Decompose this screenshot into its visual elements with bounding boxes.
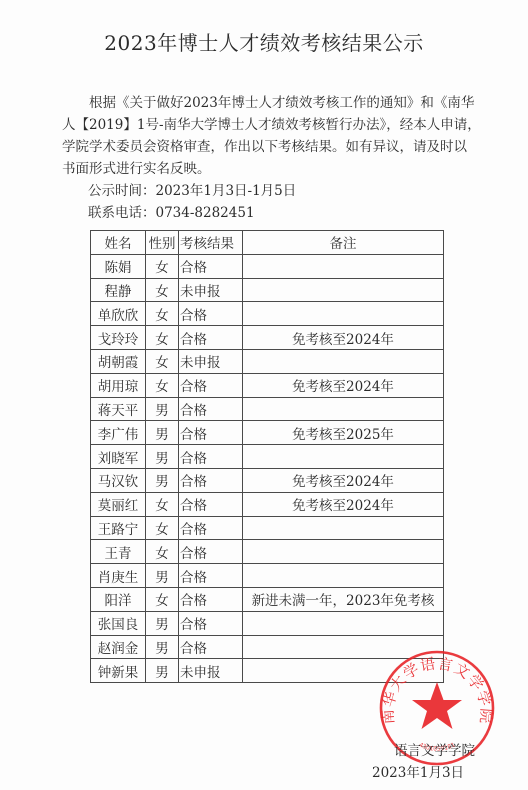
cell-note: 免考核至2024年	[243, 492, 444, 516]
cell-result: 合格	[179, 373, 243, 397]
cell-result: 合格	[179, 516, 243, 540]
cell-name: 王青	[91, 540, 146, 564]
cell-result: 合格	[179, 445, 243, 469]
cell-note	[243, 302, 444, 326]
cell-result: 未申报	[179, 278, 243, 302]
cell-sex: 女	[146, 302, 179, 326]
cell-note	[243, 516, 444, 540]
cell-sex: 女	[146, 516, 179, 540]
intro-line-4: 书面形式进行实名反映。	[62, 157, 211, 177]
cell-note: 免考核至2024年	[243, 468, 444, 492]
table-row: 胡用琼女合格免考核至2024年	[91, 373, 444, 397]
cell-note: 免考核至2024年	[243, 373, 444, 397]
cell-name: 钟新果	[91, 659, 146, 683]
cell-result: 合格	[179, 492, 243, 516]
cell-sex: 男	[146, 635, 179, 659]
table-row: 蒋天平男合格	[91, 397, 444, 421]
table-header-row: 姓名 性别 考核结果 备注	[91, 231, 444, 255]
cell-result: 合格	[179, 611, 243, 635]
cell-name: 王路宁	[91, 516, 146, 540]
cell-note	[243, 349, 444, 373]
cell-result: 合格	[179, 397, 243, 421]
table-row: 肖庚生男合格	[91, 564, 444, 588]
cell-note: 新进未满一年，2023年免考核	[243, 587, 444, 611]
signing-date: 2023年1月3日	[372, 761, 464, 781]
table-row: 刘晓军男合格	[91, 445, 444, 469]
cell-result: 合格	[179, 635, 243, 659]
cell-result: 合格	[179, 421, 243, 445]
table-row: 胡朝霞女未申报	[91, 349, 444, 373]
cell-result: 合格	[179, 587, 243, 611]
table-row: 李广伟男合格免考核至2025年	[91, 421, 444, 445]
cell-name: 马汉钦	[91, 468, 146, 492]
intro-line-3: 学院学术委员会资格审查，作出以下考核结果。如有异议，请及时以	[62, 135, 467, 155]
header-name: 姓名	[91, 231, 146, 255]
table-row: 陈娟女合格	[91, 254, 444, 278]
cell-note	[243, 564, 444, 588]
cell-sex: 男	[146, 397, 179, 421]
cell-sex: 女	[146, 254, 179, 278]
cell-name: 戈玲玲	[91, 326, 146, 350]
cell-result: 合格	[179, 540, 243, 564]
cell-result: 合格	[179, 564, 243, 588]
cell-result: 合格	[179, 254, 243, 278]
cell-result: 未申报	[179, 659, 243, 683]
cell-sex: 男	[146, 421, 179, 445]
contact-phone: 联系电话：0734-8282451	[88, 201, 255, 221]
cell-sex: 女	[146, 492, 179, 516]
cell-note	[243, 540, 444, 564]
cell-result: 合格	[179, 302, 243, 326]
cell-sex: 女	[146, 540, 179, 564]
cell-sex: 男	[146, 659, 179, 683]
table-row: 戈玲玲女合格免考核至2024年	[91, 326, 444, 350]
cell-sex: 男	[146, 564, 179, 588]
intro-line-1: 根据《关于做好2023年博士人才绩效考核工作的通知》和《南华	[62, 91, 474, 111]
publicity-period: 公示时间：2023年1月3日-1月5日	[88, 179, 296, 199]
cell-name: 蒋天平	[91, 397, 146, 421]
cell-sex: 女	[146, 326, 179, 350]
cell-sex: 男	[146, 611, 179, 635]
cell-sex: 男	[146, 468, 179, 492]
star-icon	[412, 682, 462, 729]
cell-sex: 男	[146, 445, 179, 469]
table-row: 单欣欣女合格	[91, 302, 444, 326]
cell-name: 陈娟	[91, 254, 146, 278]
cell-sex: 女	[146, 373, 179, 397]
cell-result: 合格	[179, 468, 243, 492]
cell-name: 莫丽红	[91, 492, 146, 516]
cell-name: 李广伟	[91, 421, 146, 445]
cell-note	[243, 611, 444, 635]
table-row: 王青女合格	[91, 540, 444, 564]
table-row: 莫丽红女合格免考核至2024年	[91, 492, 444, 516]
cell-name: 张国良	[91, 611, 146, 635]
cell-name: 胡用琼	[91, 373, 146, 397]
table-row: 马汉钦男合格免考核至2024年	[91, 468, 444, 492]
table-row: 张国良男合格	[91, 611, 444, 635]
table-row: 王路宁女合格	[91, 516, 444, 540]
table-row: 阳洋女合格新进未满一年，2023年免考核	[91, 587, 444, 611]
cell-note	[243, 254, 444, 278]
cell-name: 阳洋	[91, 587, 146, 611]
cell-note	[243, 445, 444, 469]
cell-note	[243, 397, 444, 421]
header-sex: 性别	[146, 231, 179, 255]
cell-result: 合格	[179, 326, 243, 350]
cell-name: 单欣欣	[91, 302, 146, 326]
document-page: 2023年博士人才绩效考核结果公示 根据《关于做好2023年博士人才绩效考核工作…	[0, 0, 528, 790]
cell-note: 免考核至2024年	[243, 326, 444, 350]
table-body: 陈娟女合格 程静女未申报 单欣欣女合格 戈玲玲女合格免考核至2024年 胡朝霞女…	[91, 254, 444, 682]
cell-name: 程静	[91, 278, 146, 302]
cell-result: 未申报	[179, 349, 243, 373]
cell-name: 肖庚生	[91, 564, 146, 588]
document-title: 2023年博士人才绩效考核结果公示	[0, 27, 528, 56]
cell-name: 刘晓军	[91, 445, 146, 469]
cell-name: 赵润金	[91, 635, 146, 659]
cell-sex: 女	[146, 587, 179, 611]
table-row: 程静女未申报	[91, 278, 444, 302]
header-note: 备注	[243, 231, 444, 255]
cell-note: 免考核至2025年	[243, 421, 444, 445]
signing-organization: 语言文学学院	[394, 739, 475, 759]
cell-sex: 女	[146, 349, 179, 373]
cell-sex: 女	[146, 278, 179, 302]
intro-line-2: 人【2019】1号-南华大学博士人才绩效考核暂行办法》，经本人申请，	[62, 113, 481, 133]
cell-name: 胡朝霞	[91, 349, 146, 373]
results-table: 姓名 性别 考核结果 备注 陈娟女合格 程静女未申报 单欣欣女合格 戈玲玲女合格…	[90, 230, 444, 683]
header-result: 考核结果	[179, 231, 243, 255]
cell-note	[243, 278, 444, 302]
